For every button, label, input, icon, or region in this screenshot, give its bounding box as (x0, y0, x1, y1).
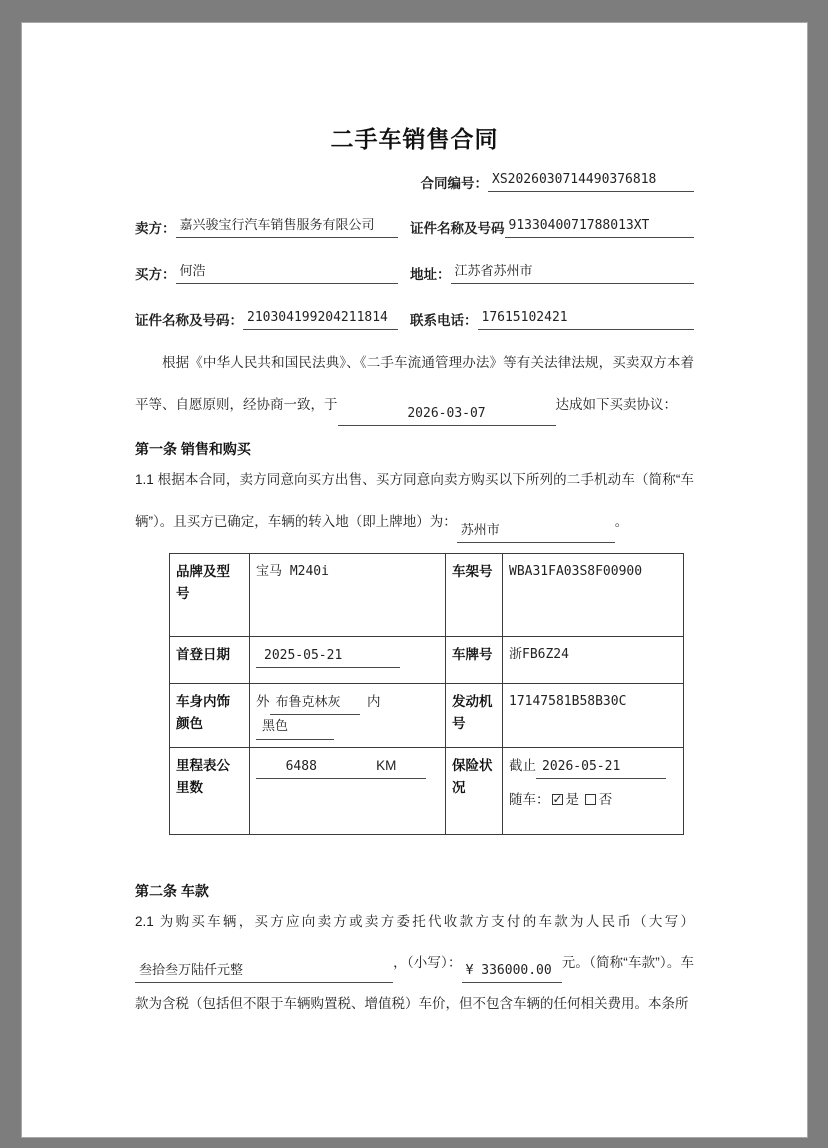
contract-number-value: XS2026030714490376818 (488, 171, 694, 192)
table-row: 车身内饰颜色 外布鲁克林灰 内黑色 发动机号 17147581B58B30C (170, 683, 684, 747)
address-label: 地址： (410, 263, 451, 284)
address-value: 江苏省苏州市 (451, 263, 695, 284)
interior-color-value: 黑色 (256, 716, 334, 739)
amount-in-words-value: 叁拾叁万陆仟元整 (135, 962, 393, 983)
exterior-color-value: 布鲁克林灰 (270, 692, 360, 715)
odometer-value: 6488 (286, 756, 317, 777)
contract-page: 二手车销售合同 合同编号：XS2026030714490376818 卖方：嘉兴… (21, 22, 808, 1138)
section-2-heading: 第二条 车款 (135, 881, 694, 901)
clause-2-1-mid-text: ，（小写）： (393, 955, 462, 970)
checkbox-yes-checked-icon (552, 794, 563, 805)
insurance-label-cell: 保险状况 (446, 747, 503, 834)
clause-2-1-text: 2.1 为购买车辆，买方应向卖方或卖方委托代收款方支付的车款为人民币（大写） (135, 914, 694, 929)
clause-1-1-text-end: 。 (615, 514, 629, 529)
transfer-city-value: 苏州市 (457, 522, 615, 543)
option-yes-label: 是 (566, 792, 580, 807)
vin-label-cell: 车架号 (446, 553, 503, 636)
engine-label-cell: 发动机号 (446, 683, 503, 747)
clause-1-1-text: 1.1 根据本合同，卖方同意向买方出售、买方同意向卖方购买以下所列的二手机动车（… (135, 472, 694, 529)
buyer-id-label: 证件名称及号码： (135, 309, 243, 330)
buyer-id-row: 证件名称及号码：210304199204211814 联系电话：17615102… (135, 309, 694, 330)
engine-value-cell: 17147581B58B30C (503, 683, 684, 747)
seller-id-label: 证件名称及号码 (410, 217, 505, 238)
buyer-name-value: 何浩 (176, 263, 399, 284)
plate-value-cell: 浙FB6Z24 (503, 636, 684, 683)
exterior-label: 外 (256, 694, 270, 709)
insurance-until-value: 2026-05-21 (536, 756, 666, 779)
seller-id-value: 9133040071788013XT (505, 217, 695, 238)
contract-content: 二手车销售合同 合同编号：XS2026030714490376818 卖方：嘉兴… (22, 121, 807, 1024)
contract-number-label: 合同编号： (421, 172, 489, 192)
seller-name-value: 嘉兴骏宝行汽车销售服务有限公司 (176, 217, 399, 238)
buyer-field: 买方：何浩 (135, 263, 398, 284)
interior-label: 内 (367, 694, 381, 709)
table-row: 首登日期 2025-05-21 车牌号 浙FB6Z24 (170, 636, 684, 683)
plate-label-cell: 车牌号 (446, 636, 503, 683)
color-label-cell: 车身内饰颜色 (170, 683, 250, 747)
phone-label: 联系电话： (410, 309, 478, 330)
odometer-label-cell: 里程表公里数 (170, 747, 250, 834)
seller-label: 卖方： (135, 217, 176, 238)
section-1-heading: 第一条 销售和购买 (135, 439, 694, 459)
brand-value-cell: 宝马 M240i (250, 553, 446, 636)
color-value-cell: 外布鲁克林灰 内黑色 (250, 683, 446, 747)
first-reg-value-cell: 2025-05-21 (250, 636, 446, 683)
insurance-until-label: 截止 (509, 758, 536, 773)
table-row: 品牌及型号 宝马 M240i 车架号 WBA31FA03S8F00900 (170, 553, 684, 636)
preamble-paragraph: 根据《中华人民共和国民法典》、《二手车流通管理办法》等有关法律法规，买卖双方本着… (135, 342, 694, 426)
vin-value-cell: WBA31FA03S8F00900 (503, 553, 684, 636)
buyer-row: 买方：何浩 地址：江苏省苏州市 (135, 263, 694, 284)
seller-id-field: 证件名称及号码9133040071788013XT (410, 217, 694, 238)
buyer-id-field: 证件名称及号码：210304199204211814 (135, 309, 398, 330)
brand-label-cell: 品牌及型号 (170, 553, 250, 636)
odometer-unit: KM (376, 755, 396, 777)
checkbox-no-icon (585, 794, 596, 805)
document-title: 二手车销售合同 (135, 121, 694, 154)
preamble-text-after: 达成如下买卖协议： (556, 397, 678, 412)
insurance-with-car-label: 随车： (509, 792, 550, 807)
first-reg-label-cell: 首登日期 (170, 636, 250, 683)
address-field: 地址：江苏省苏州市 (410, 263, 694, 284)
option-no-label: 否 (599, 792, 613, 807)
clause-1-1: 1.1 根据本合同，卖方同意向买方出售、买方同意向卖方购买以下所列的二手机动车（… (135, 459, 694, 543)
insurance-with-car-line: 随车：是 否 (509, 789, 677, 811)
insurance-until-line: 截止2026-05-21 (509, 755, 677, 779)
phone-value: 17615102421 (478, 309, 695, 330)
contract-number-row: 合同编号：XS2026030714490376818 (135, 171, 694, 192)
amount-in-figures-value: ¥ 336000.00 (462, 962, 562, 983)
phone-field: 联系电话：17615102421 (410, 309, 694, 330)
insurance-value-cell: 截止2026-05-21 随车：是 否 (503, 747, 684, 834)
sign-date-value: 2026-03-07 (338, 405, 556, 426)
vehicle-info-table: 品牌及型号 宝马 M240i 车架号 WBA31FA03S8F00900 首登日… (169, 553, 684, 835)
odometer-underline: 6488KM (256, 755, 426, 779)
seller-field: 卖方：嘉兴骏宝行汽车销售服务有限公司 (135, 217, 398, 238)
seller-row: 卖方：嘉兴骏宝行汽车销售服务有限公司 证件名称及号码91330400717880… (135, 217, 694, 238)
buyer-id-value: 210304199204211814 (243, 309, 398, 330)
clause-2-1: 2.1 为购买车辆，买方应向卖方或卖方委托代收款方支付的车款为人民币（大写）叁拾… (135, 901, 694, 1024)
odometer-value-cell: 6488KM (250, 747, 446, 834)
first-reg-date-value: 2025-05-21 (256, 645, 400, 668)
buyer-label: 买方： (135, 263, 176, 284)
table-row: 里程表公里数 6488KM 保险状况 截止2026-05-21 随车：是 否 (170, 747, 684, 834)
